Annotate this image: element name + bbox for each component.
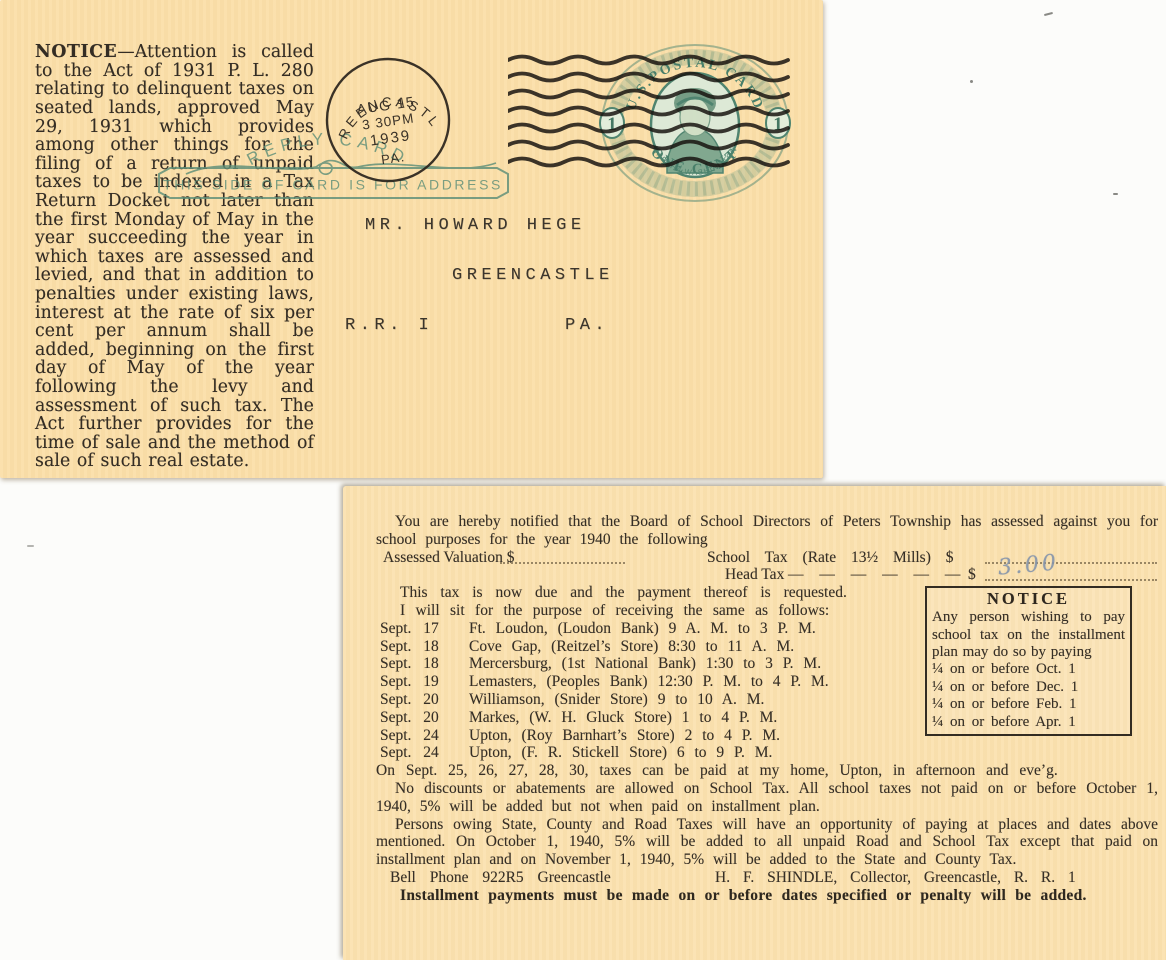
schedule-entry: Cove Gap, (Reitzel’s Store) 8:30 to 11 A… — [469, 638, 794, 656]
tax-notice-body: You are hereby notified that the Board o… — [343, 486, 1166, 960]
scanned-tax-postcards: NOTICE—Attention is called to the Act of… — [0, 0, 1166, 960]
schedule-entry: Markes, (W. H. Gluck Store) 1 to 4 P. M. — [469, 709, 777, 727]
installment-notice-text: Any person wishing to pay school tax on … — [932, 609, 1125, 661]
collector-signature: H. F. SHINDLE, Collector, Greencastle, R… — [715, 869, 1076, 887]
delinquent-tax-notice: NOTICE—Attention is called to the Act of… — [35, 43, 314, 471]
installment-line: ¼ on or before Oct. 1 — [932, 661, 1125, 678]
state-county-road-paragraph: Persons owing State, County and Road Tax… — [376, 816, 1158, 869]
addressee-name: MR. HOWARD HEGE — [365, 216, 586, 235]
postcard-address-side: NOTICE—Attention is called to the Act of… — [0, 0, 823, 478]
installment-warning-line: Installment payments must be made on or … — [376, 887, 1158, 905]
head-tax-label: Head Tax — [725, 566, 784, 584]
schedule-entry: Williamson, (Snider Store) 9 to 10 A. M. — [469, 691, 764, 709]
postmark-state: PA. — [380, 149, 406, 167]
collection-schedule-row: Sept. 24 Upton, (Roy Barnhart’s Store) 2… — [380, 727, 913, 745]
cancellation-waves — [508, 52, 804, 174]
schedule-entry: Mercersburg, (1st National Bank) 1:30 to… — [469, 655, 821, 673]
collection-schedule-row: Sept. 20 Markes, (W. H. Gluck Store) 1 t… — [380, 709, 913, 727]
home-payment-line: On Sept. 25, 26, 27, 28, 30, taxes can b… — [376, 762, 1158, 780]
schedule-entry: Lemasters, (Peoples Bank) 12:30 P. M. to… — [469, 673, 829, 691]
postcard-tax-notice-side: You are hereby notified that the Board o… — [343, 486, 1166, 960]
installment-notice-box: NOTICE Any person wishing to pay school … — [925, 586, 1132, 736]
dust-speck — [27, 545, 34, 547]
postmark: GREENCASTLE AUG 15 3 30PM 1939 PA. — [309, 41, 467, 199]
addressee-route: R.R. I — [345, 316, 433, 335]
head-tax-dollar-sign: $ — [968, 566, 976, 584]
schedule-entry: Ft. Loudon, (Loudon Bank) 9 A. M. to 3 P… — [469, 620, 816, 638]
discounts-paragraph: No discounts or abatements are allowed o… — [376, 780, 1158, 816]
phone-collector-row: Bell Phone 922R5 Greencastle H. F. SHIND… — [376, 869, 1158, 887]
handwritten-head-tax-amount: 3.00 — [997, 555, 1059, 578]
dust-speck — [970, 80, 973, 83]
assessed-valuation-label: Assessed Valuation $ — [383, 549, 514, 567]
collection-schedule-row: Sept. 19 Lemasters, (Peoples Bank) 12:30… — [380, 673, 913, 691]
intro-paragraph: You are hereby notified that the Board o… — [376, 513, 1158, 549]
collection-schedule-row: Sept. 18 Cove Gap, (Reitzel’s Store) 8:3… — [380, 638, 913, 656]
addressee-city: GREENCASTLE — [452, 266, 614, 285]
collection-schedule-row: Sept. 17 Ft. Loudon, (Loudon Bank) 9 A. … — [380, 620, 913, 638]
bell-phone: Bell Phone 922R5 Greencastle — [390, 869, 611, 887]
assessed-valuation-blank — [500, 549, 625, 564]
schedule-entry: Upton, (F. R. Stickell Store) 6 to 9 P. … — [469, 744, 772, 762]
notice-body: —Attention is called to the Act of 1931 … — [35, 42, 314, 471]
collection-schedule-row: Sept. 20 Williamson, (Snider Store) 9 to… — [380, 691, 913, 709]
notice-title: NOTICE — [35, 42, 117, 62]
dust-speck — [1044, 12, 1053, 16]
installment-line: ¼ on or before Dec. 1 — [932, 679, 1125, 696]
installment-line: ¼ on or before Feb. 1 — [932, 696, 1125, 713]
collection-schedule-row: Sept. 18 Mercersburg, (1st National Bank… — [380, 655, 913, 673]
schedule-entry: Upton, (Roy Barnhart’s Store) 2 to 4 P. … — [469, 727, 780, 745]
collection-schedule-row: Sept. 24 Upton, (F. R. Stickell Store) 6… — [380, 744, 913, 762]
dust-speck — [1113, 193, 1118, 195]
installment-notice-title: NOTICE — [932, 589, 1125, 609]
addressee-state: PA. — [565, 316, 609, 335]
school-tax-label: School Tax (Rate 13½ Mills) $ — [707, 549, 954, 567]
head-tax-row: Head Tax — — — — — — $ 3.00 — [376, 566, 1158, 584]
head-tax-dashes: — — — — — — — [788, 566, 960, 584]
installment-line: ¼ on or before Apr. 1 — [932, 714, 1125, 731]
